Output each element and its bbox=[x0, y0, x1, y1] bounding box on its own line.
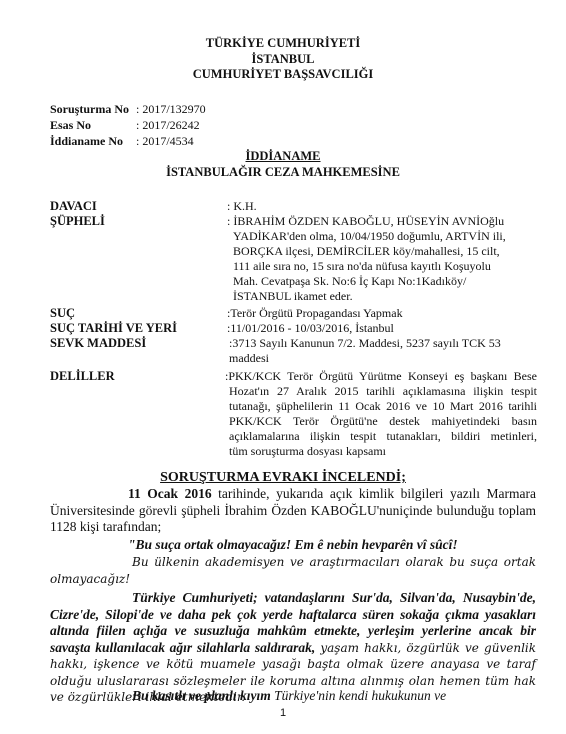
supheli-line: : İBRAHİM ÖZDEN KABOĞLU, HÜSEYİN AVNİOğl… bbox=[227, 214, 533, 229]
field-value: : K.H. bbox=[227, 199, 533, 214]
deliller-line: açıklamalarına ilişkin tespit tutanaklar… bbox=[225, 429, 537, 444]
deliller-line: :PKK/KCK Terör Örgütü Yürütme Konseyi eş… bbox=[225, 369, 537, 384]
meta-value: : 2017/132970 bbox=[136, 102, 206, 116]
field-label: ŞÜPHELİ bbox=[50, 214, 105, 229]
field-suc: SUÇ :Terör Örgütü Propagandası Yapmak bbox=[50, 306, 540, 321]
paragraph-4-bold: Bu kasıtlı ve planlı kıyım bbox=[132, 688, 271, 703]
paragraph-1-text: tarihinde, yukarıda açık kimlik bilgiler… bbox=[50, 486, 536, 534]
field-suc-tarihi: SUÇ TARİHİ VE YERİ :11/01/2016 - 10/03/2… bbox=[50, 321, 540, 336]
field-davaci: DAVACI : K.H. bbox=[50, 199, 540, 214]
field-value: :3713 Sayılı Kanunun 7/2. Maddesi, 5237 … bbox=[229, 336, 535, 366]
paragraph-4-text: Türkiye'nin kendi hukukunun ve bbox=[271, 688, 446, 703]
deliller-line: Hozat'ın 27 Aralık 2015 tarihli açıklama… bbox=[225, 384, 537, 399]
header-line-3: CUMHURİYET BAŞSAVCILIĞI bbox=[0, 67, 566, 82]
quote-text: "Bu suça ortak olmayacağız! Em ê nebin h… bbox=[128, 537, 458, 552]
meta-value: : 2017/26242 bbox=[136, 118, 200, 132]
supheli-line: İSTANBUL ikamet eder. bbox=[227, 289, 533, 304]
document-title: İDDİANAME bbox=[0, 148, 566, 164]
field-value: : İBRAHİM ÖZDEN KABOĞLU, HÜSEYİN AVNİOğl… bbox=[227, 214, 533, 304]
header-line-2: İSTANBUL bbox=[0, 52, 566, 67]
field-label: SUÇ bbox=[50, 306, 75, 321]
meta-label: Esas No bbox=[50, 117, 136, 133]
date-bold: 11 Ocak 2016 bbox=[128, 486, 212, 501]
paragraph-1: 11 Ocak 2016 tarihinde, yukarıda açık ki… bbox=[50, 486, 536, 536]
deliller-line: tüm soruşturma dosyası kapsamı bbox=[225, 444, 537, 459]
header-line-1: TÜRKİYE CUMHURİYETİ bbox=[0, 36, 566, 51]
sevk-line: maddesi bbox=[229, 351, 535, 366]
deliller-line: tutanağı, şüphelilerin 11 Ocak 2016 ve 1… bbox=[225, 399, 537, 414]
supheli-line: YADİKAR'den olma, 10/04/1950 doğumlu, AR… bbox=[227, 229, 533, 244]
section-title: SORUŞTURMA EVRAKI İNCELENDİ; bbox=[0, 470, 566, 486]
paragraph-2-text: Bu ülkenin akademisyen ve araştırmacılar… bbox=[50, 555, 536, 586]
meta-sorusturma-no: Soruşturma No: 2017/132970 bbox=[50, 101, 206, 117]
meta-esas-no: Esas No: 2017/26242 bbox=[50, 117, 200, 133]
quote: "Bu suça ortak olmayacağız! Em ê nebin h… bbox=[50, 537, 536, 554]
meta-label: Soruşturma No bbox=[50, 101, 136, 117]
supheli-line: BORÇKA ilçesi, DEMİRCİLER köy/mahallesi,… bbox=[227, 244, 533, 259]
sevk-line: :3713 Sayılı Kanunun 7/2. Maddesi, 5237 … bbox=[229, 336, 535, 351]
field-label: DELİLLER bbox=[50, 369, 115, 384]
field-value: :Terör Örgütü Propagandası Yapmak bbox=[227, 306, 533, 321]
meta-iddianame-no: İddianame No: 2017/4534 bbox=[50, 133, 194, 149]
document-title-text: İDDİANAME bbox=[246, 149, 321, 163]
deliller-line: PKK/KCK Terör Örgütü'ne destek mahiyetin… bbox=[225, 414, 537, 429]
supheli-line: Mah. Cevatpaşa Sk. No:6 İç Kapı No:1Kadı… bbox=[227, 274, 533, 289]
paragraph-2: Bu ülkenin akademisyen ve araştırmacılar… bbox=[50, 554, 536, 588]
meta-label: İddianame No bbox=[50, 133, 136, 149]
supheli-line: 111 aile sıra no, 15 sıra no'da nüfusa k… bbox=[227, 259, 533, 274]
field-value: :11/01/2016 - 10/03/2016, İstanbul bbox=[227, 321, 533, 336]
field-value: :PKK/KCK Terör Örgütü Yürütme Konseyi eş… bbox=[225, 369, 537, 459]
field-deliller: DELİLLER :PKK/KCK Terör Örgütü Yürütme K… bbox=[50, 369, 540, 461]
court-name: İSTANBULAĞIR CEZA MAHKEMESİNE bbox=[0, 164, 566, 180]
field-label: SUÇ TARİHİ VE YERİ bbox=[50, 321, 177, 336]
page-number: 1 bbox=[0, 707, 566, 719]
meta-value: : 2017/4534 bbox=[136, 134, 194, 148]
field-label: SEVK MADDESİ bbox=[50, 336, 146, 351]
field-supheli: ŞÜPHELİ : İBRAHİM ÖZDEN KABOĞLU, HÜSEYİN… bbox=[50, 214, 540, 306]
field-sevk-maddesi: SEVK MADDESİ :3713 Sayılı Kanunun 7/2. M… bbox=[50, 336, 540, 366]
field-label: DAVACI bbox=[50, 199, 97, 214]
paragraph-4: Bu kasıtlı ve planlı kıyım Türkiye'nin k… bbox=[50, 688, 536, 705]
